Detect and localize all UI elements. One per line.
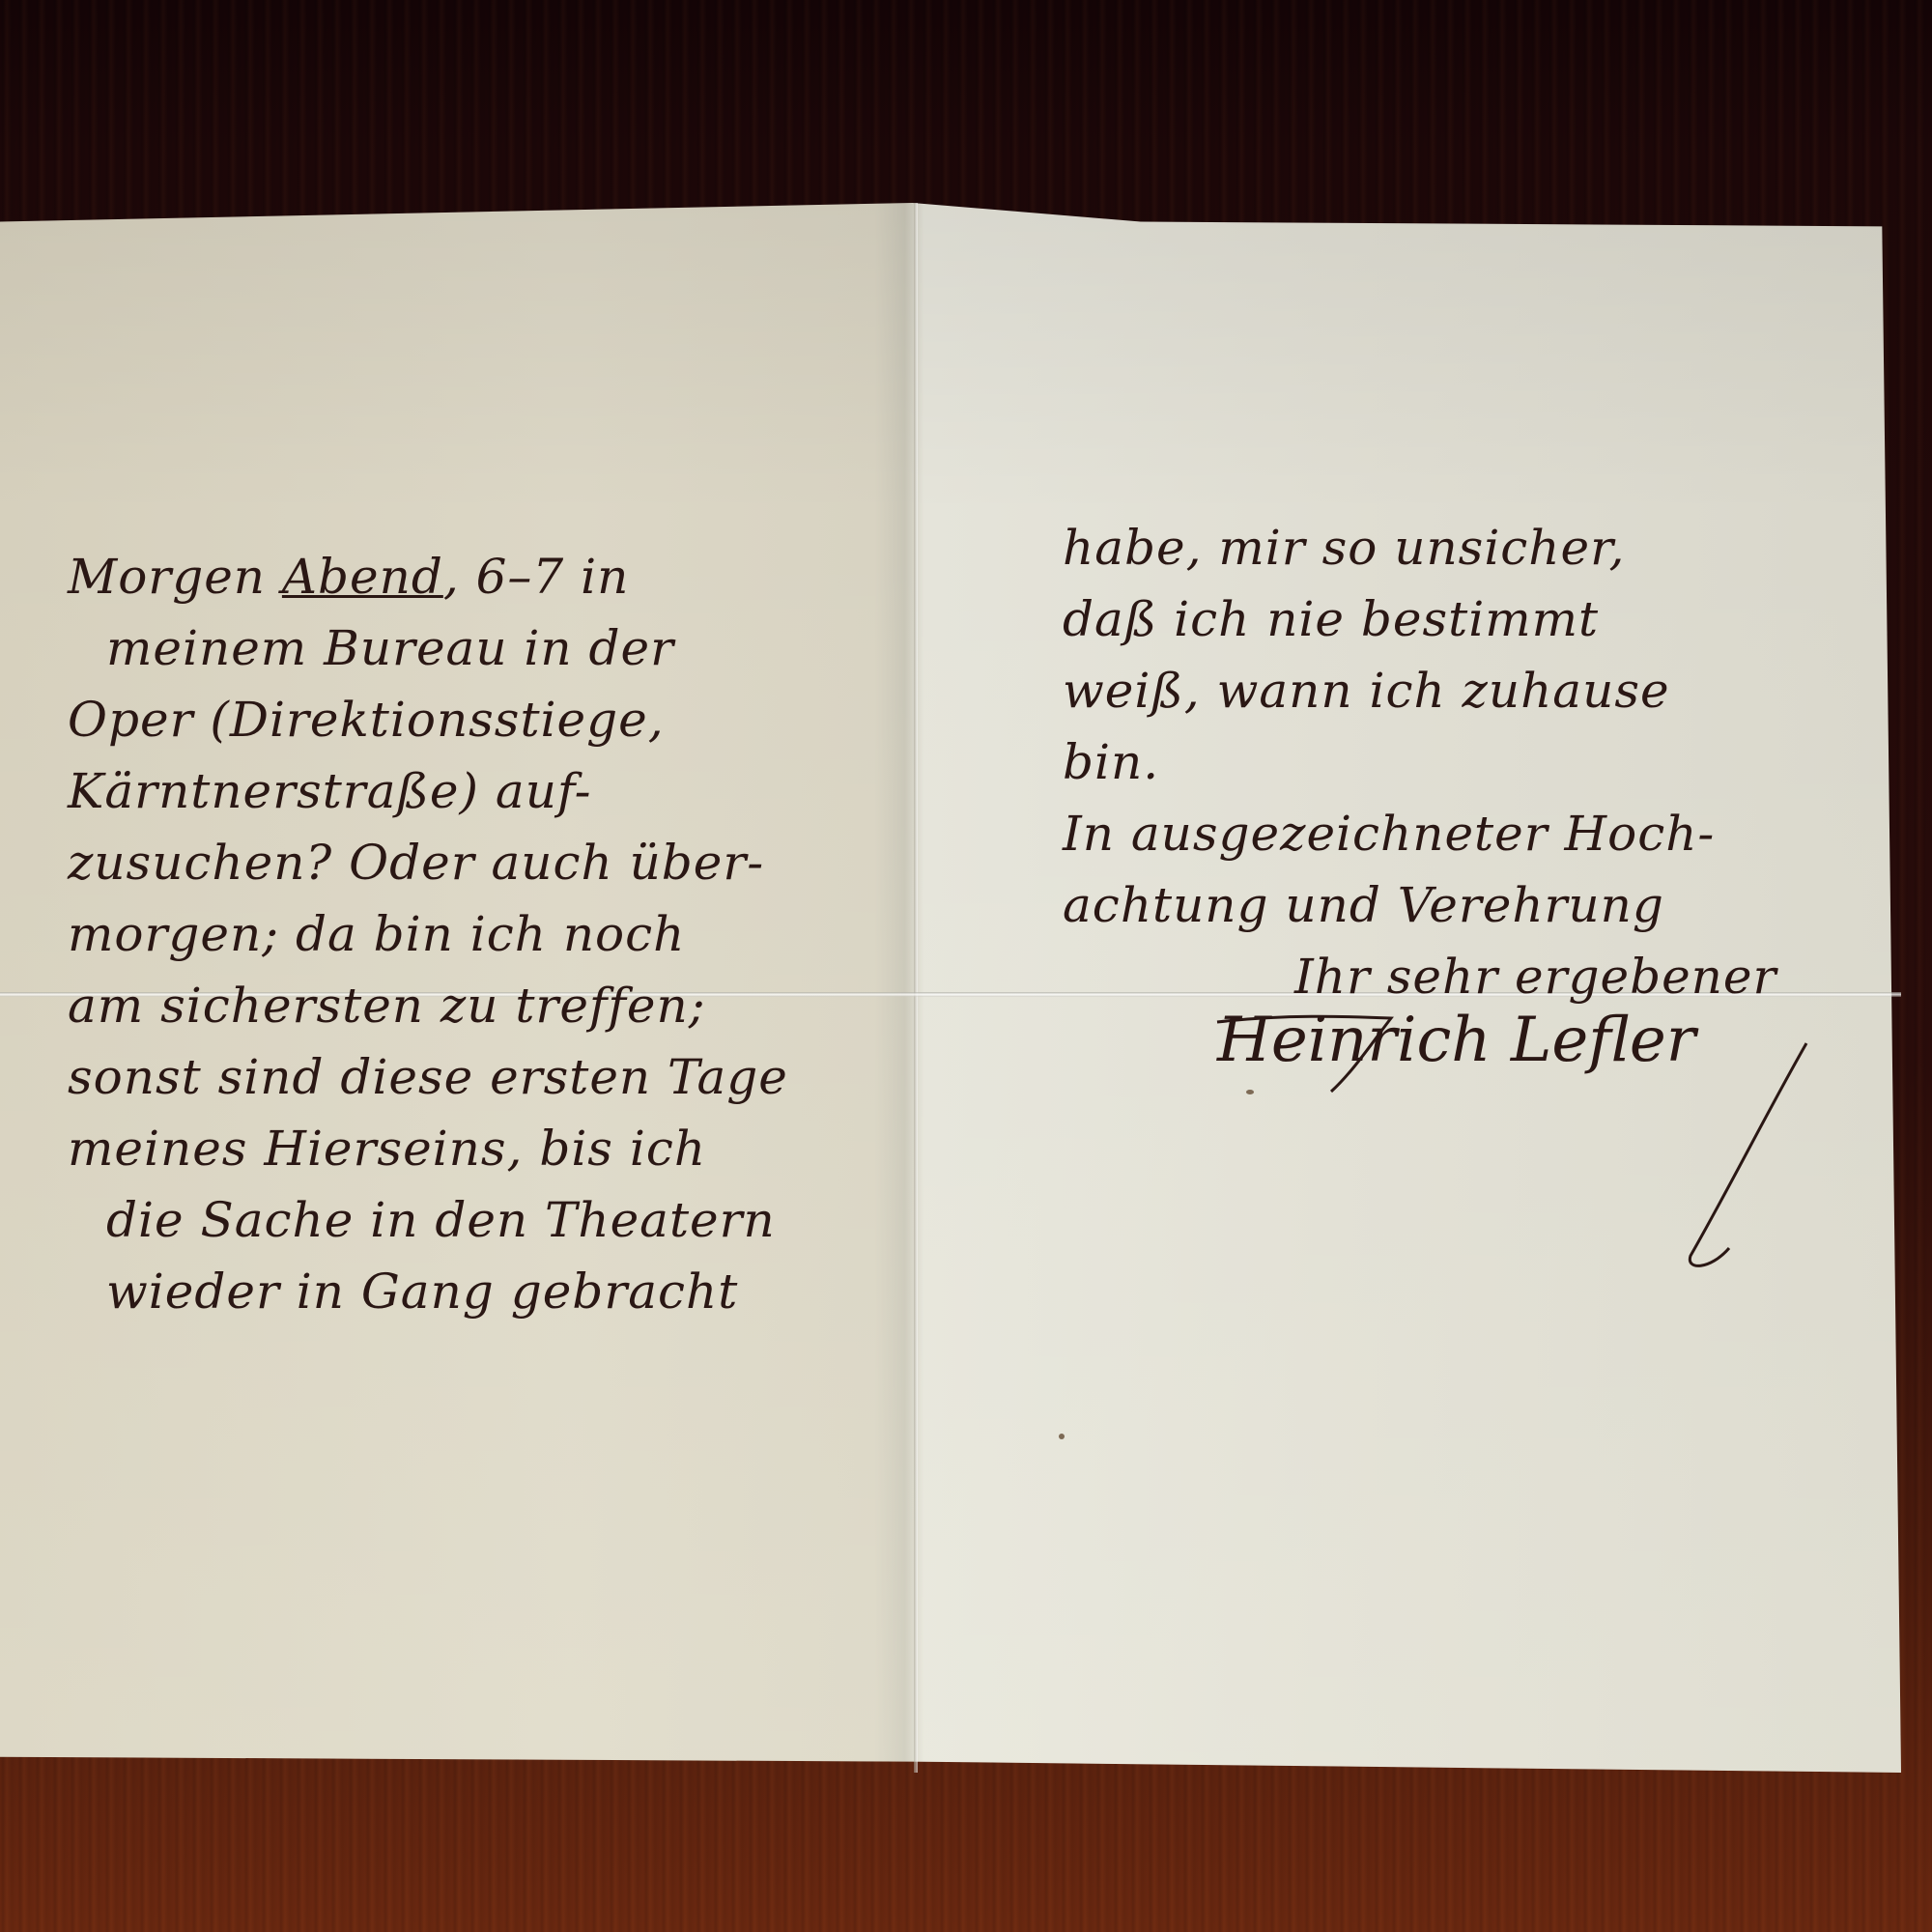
letter-line: Morgen Abend, 6–7 in [68, 541, 879, 612]
letter-text: Morgen [68, 549, 282, 605]
signature: Heinrich Lefler [1217, 1005, 1695, 1076]
letter-line: achtung und Verehrung [1063, 869, 1855, 941]
letter-line: In ausgezeichneter Hoch- [1063, 798, 1855, 869]
paper-speck [1059, 1434, 1065, 1439]
letter-line: morgen; da bin ich noch [68, 898, 879, 970]
letter-line: sonst sind diese ersten Tage [68, 1041, 879, 1113]
letter-line: meines Hierseins, bis ich [68, 1113, 879, 1184]
letter-line: wieder in Gang gebracht [68, 1256, 879, 1327]
letter-line: zusuchen? Oder auch über- [68, 827, 879, 898]
right-page-text: habe, mir so unsicher, daß ich nie besti… [1063, 512, 1855, 1012]
letter-line: Kärntnerstraße) auf- [68, 755, 879, 827]
letter-line: habe, mir so unsicher, [1063, 512, 1855, 583]
underlined-word: Abend [282, 549, 443, 605]
letter-line: weiß, wann ich zuhause [1063, 655, 1855, 726]
letter-line: die Sache in den Theatern [68, 1184, 879, 1256]
letter-line: meinem Bureau in der [68, 612, 879, 684]
letter-line: bin. [1063, 726, 1855, 798]
center-fold [914, 203, 918, 1773]
left-page-text: Morgen Abend, 6–7 in meinem Bureau in de… [68, 541, 879, 1327]
letter-line: Oper (Direktionsstiege, [68, 684, 879, 755]
letter-text: , 6–7 in [443, 549, 630, 605]
letter-line: daß ich nie bestimmt [1063, 583, 1855, 655]
letter-line: am sichersten zu treffen; [68, 970, 879, 1041]
